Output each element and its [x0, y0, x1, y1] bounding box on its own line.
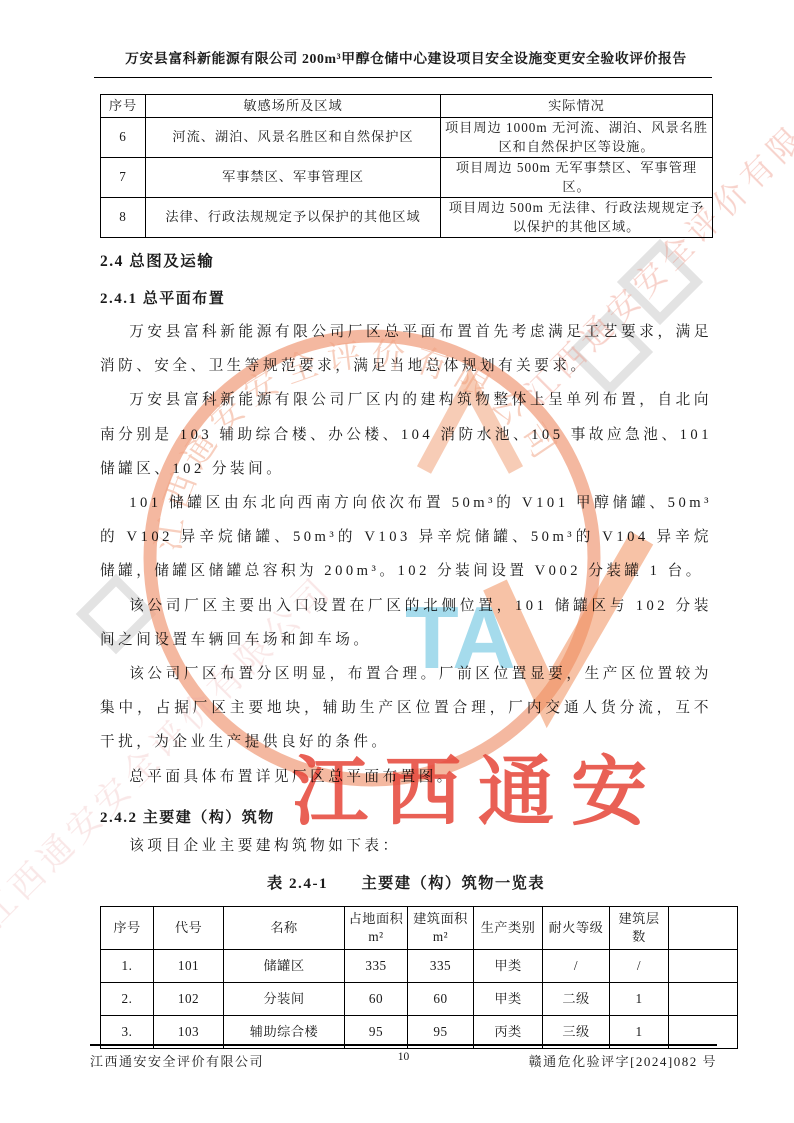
table-row: 6 河流、湖泊、风景名胜区和自然保护区 项目周边 1000m 无河流、湖泊、风景…: [101, 118, 713, 158]
table-cell: /: [543, 950, 610, 983]
table-cell: 2.: [101, 983, 154, 1016]
table-cell: 8: [101, 198, 146, 238]
col-header-name: 名称: [224, 907, 345, 950]
table-cell: 河流、湖泊、风景名胜区和自然保护区: [146, 118, 441, 158]
table-cell: 项目周边 1000m 无河流、湖泊、风景名胜区和自然保护区等设施。: [441, 118, 713, 158]
section-2-4-heading: 2.4 总图及运输: [100, 251, 712, 273]
table-header-row: 序号 敏感场所及区域 实际情况: [101, 95, 713, 118]
table-cell: /: [610, 950, 669, 983]
sensitive-areas-table: 序号 敏感场所及区域 实际情况 6 河流、湖泊、风景名胜区和自然保护区 项目周边…: [100, 94, 713, 238]
col-header-empty: [669, 907, 738, 950]
paragraph-tank-area: 101 储罐区由东北向西南方向依次布置 50m³的 V101 甲醇储罐、50m³…: [100, 486, 712, 589]
paragraph-zoning: 该公司厂区布置分区明显，布置合理。厂前区位置显要，生产区位置较为集中，占据厂区主…: [100, 657, 712, 760]
table-cell: 1.: [101, 950, 154, 983]
footer-doc-number: 赣通危化验评字[2024]082 号: [529, 1051, 717, 1070]
footer-company: 江西通安安全评价有限公司: [90, 1051, 264, 1070]
table-cell: 101: [154, 950, 224, 983]
header-divider: [94, 77, 712, 78]
page-footer: 江西通安安全评价有限公司 10 赣通危化验评字[2024]082 号: [90, 1044, 717, 1070]
col-header-land-area: 占地面积m²: [345, 907, 408, 950]
col-header-code: 代号: [154, 907, 224, 950]
table-row: 7 军事禁区、军事管理区 项目周边 500m 无军事禁区、军事管理区。: [101, 158, 713, 198]
table-cell: 甲类: [474, 983, 543, 1016]
table-row: 8 法律、行政法规规定予以保护的其他区域 项目周边 500m 无法律、行政法规规…: [101, 198, 713, 238]
table-cell: 60: [408, 983, 474, 1016]
paragraph-plan-reference: 总平面具体布置详见厂区总平面布置图。: [100, 760, 712, 794]
table-cell: 项目周边 500m 无军事禁区、军事管理区。: [441, 158, 713, 198]
table-cell: 分装间: [224, 983, 345, 1016]
table-cell: 335: [408, 950, 474, 983]
table-cell-empty: [669, 950, 738, 983]
table-cell: 335: [345, 950, 408, 983]
table-cell: 二级: [543, 983, 610, 1016]
table-header-row: 序号 代号 名称 占地面积m² 建筑面积m² 生产类别 耐火等级 建筑层数: [101, 907, 738, 950]
col-header-fire-rating: 耐火等级: [543, 907, 610, 950]
col-header-area: 敏感场所及区域: [146, 95, 441, 118]
buildings-table-caption: 表 2.4-1 主要建（构）筑物一览表: [100, 871, 712, 897]
col-header-seq: 序号: [101, 95, 146, 118]
page-content: 万安县富科新能源有限公司 200m³甲醇仓储中心建设项目安全设施变更安全验收评价…: [100, 0, 712, 1049]
section-2-4-1-heading: 2.4.1 总平面布置: [100, 288, 712, 310]
paragraph-layout-requirements: 万安县富科新能源有限公司厂区总平面布置首先考虑满足工艺要求，满足消防、安全、卫生…: [100, 315, 712, 383]
table-cell: 项目周边 500m 无法律、行政法规规定予以保护的其他区域。: [441, 198, 713, 238]
table-row: 1. 101 储罐区 335 335 甲类 / /: [101, 950, 738, 983]
col-header-seq: 序号: [101, 907, 154, 950]
paragraph-entrance: 该公司厂区主要出入口设置在厂区的北侧位置，101 储罐区与 102 分装间之间设…: [100, 589, 712, 657]
report-header-title: 万安县富科新能源有限公司 200m³甲醇仓储中心建设项目安全设施变更安全验收评价…: [100, 48, 712, 70]
table-cell: 60: [345, 983, 408, 1016]
table-row: 2. 102 分装间 60 60 甲类 二级 1: [101, 983, 738, 1016]
paragraph-building-arrangement: 万安县富科新能源有限公司厂区内的建构筑物整体上呈单列布置，自北向南分别是 103…: [100, 383, 712, 486]
table-cell-empty: [669, 983, 738, 1016]
table-cell: 102: [154, 983, 224, 1016]
table-cell: 6: [101, 118, 146, 158]
section-2-4-2-heading: 2.4.2 主要建（构）筑物: [100, 807, 712, 829]
table-cell: 7: [101, 158, 146, 198]
col-header-floor-area: 建筑面积m²: [408, 907, 474, 950]
table-cell: 储罐区: [224, 950, 345, 983]
buildings-table: 序号 代号 名称 占地面积m² 建筑面积m² 生产类别 耐火等级 建筑层数 1.…: [100, 906, 738, 1049]
table-cell: 军事禁区、军事管理区: [146, 158, 441, 198]
table-cell: 1: [610, 983, 669, 1016]
table-cell: 法律、行政法规规定予以保护的其他区域: [146, 198, 441, 238]
document-page: 万安县富科新能源有限公司 200m³甲醇仓储中心建设项目安全设施变更安全验收评价…: [0, 0, 794, 1123]
paragraph-table-intro: 该项目企业主要建构筑物如下表：: [100, 829, 712, 863]
table-cell: 甲类: [474, 950, 543, 983]
footer-page-number: 10: [398, 1051, 410, 1063]
col-header-storeys: 建筑层数: [610, 907, 669, 950]
col-header-actual: 实际情况: [441, 95, 713, 118]
col-header-production-class: 生产类别: [474, 907, 543, 950]
